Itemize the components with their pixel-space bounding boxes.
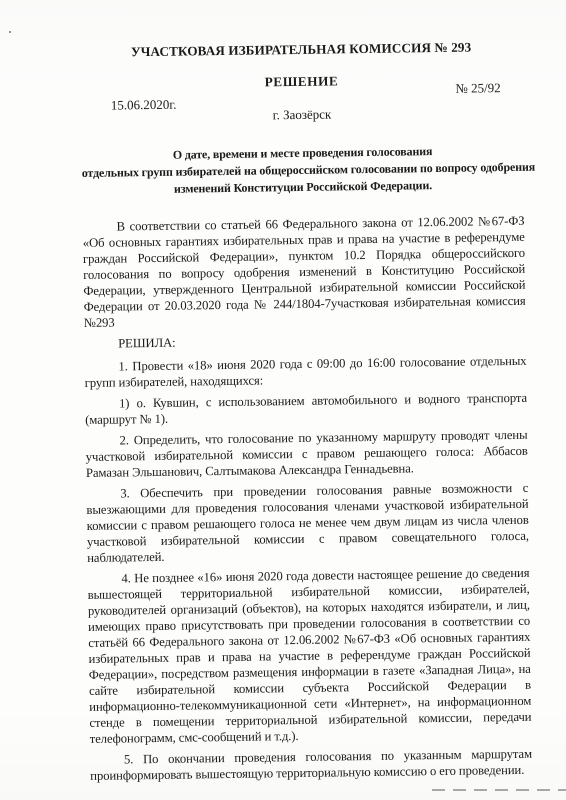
resolved-label: РЕШИЛА: [84,330,526,352]
document-number: № 25/92 [455,80,500,97]
intro-paragraph: В соответствии со статьей 66 Федеральног… [82,213,526,331]
document-content: УЧАСТКОВАЯ ИЗБИРАТЕЛЬНАЯ КОМИССИЯ № 293 … [80,39,532,765]
document-body: В соответствии со статьей 66 Федеральног… [82,213,532,789]
document-subject: О дате, времени и месте проведения голос… [81,142,524,199]
decision-item-1: 1. Провести «18» июня 2020 года с 09:00 … [84,353,526,391]
decision-subitem-1-1: 1) о. Кувшин, с использованием автомобил… [85,390,527,428]
scan-speck-artifact [9,31,11,33]
commission-name-heading: УЧАСТКОВАЯ ИЗБИРАТЕЛЬНАЯ КОМИССИЯ № 293 [80,39,522,61]
scan-edge-artifact-line [432,789,566,791]
decision-item-4: 4. Не позднее «16» июня 2020 года довест… [87,565,531,747]
decision-item-3: 3. Обеспечить при проведении голосования… [86,480,529,566]
decision-item-2: 2. Определить, что голосование по указан… [85,427,528,481]
decision-item-5: 5. По окончании проведения голосования п… [90,746,532,784]
scanned-document-page: УЧАСТКОВАЯ ИЗБИРАТЕЛЬНАЯ КОМИССИЯ № 293 … [0,0,566,800]
